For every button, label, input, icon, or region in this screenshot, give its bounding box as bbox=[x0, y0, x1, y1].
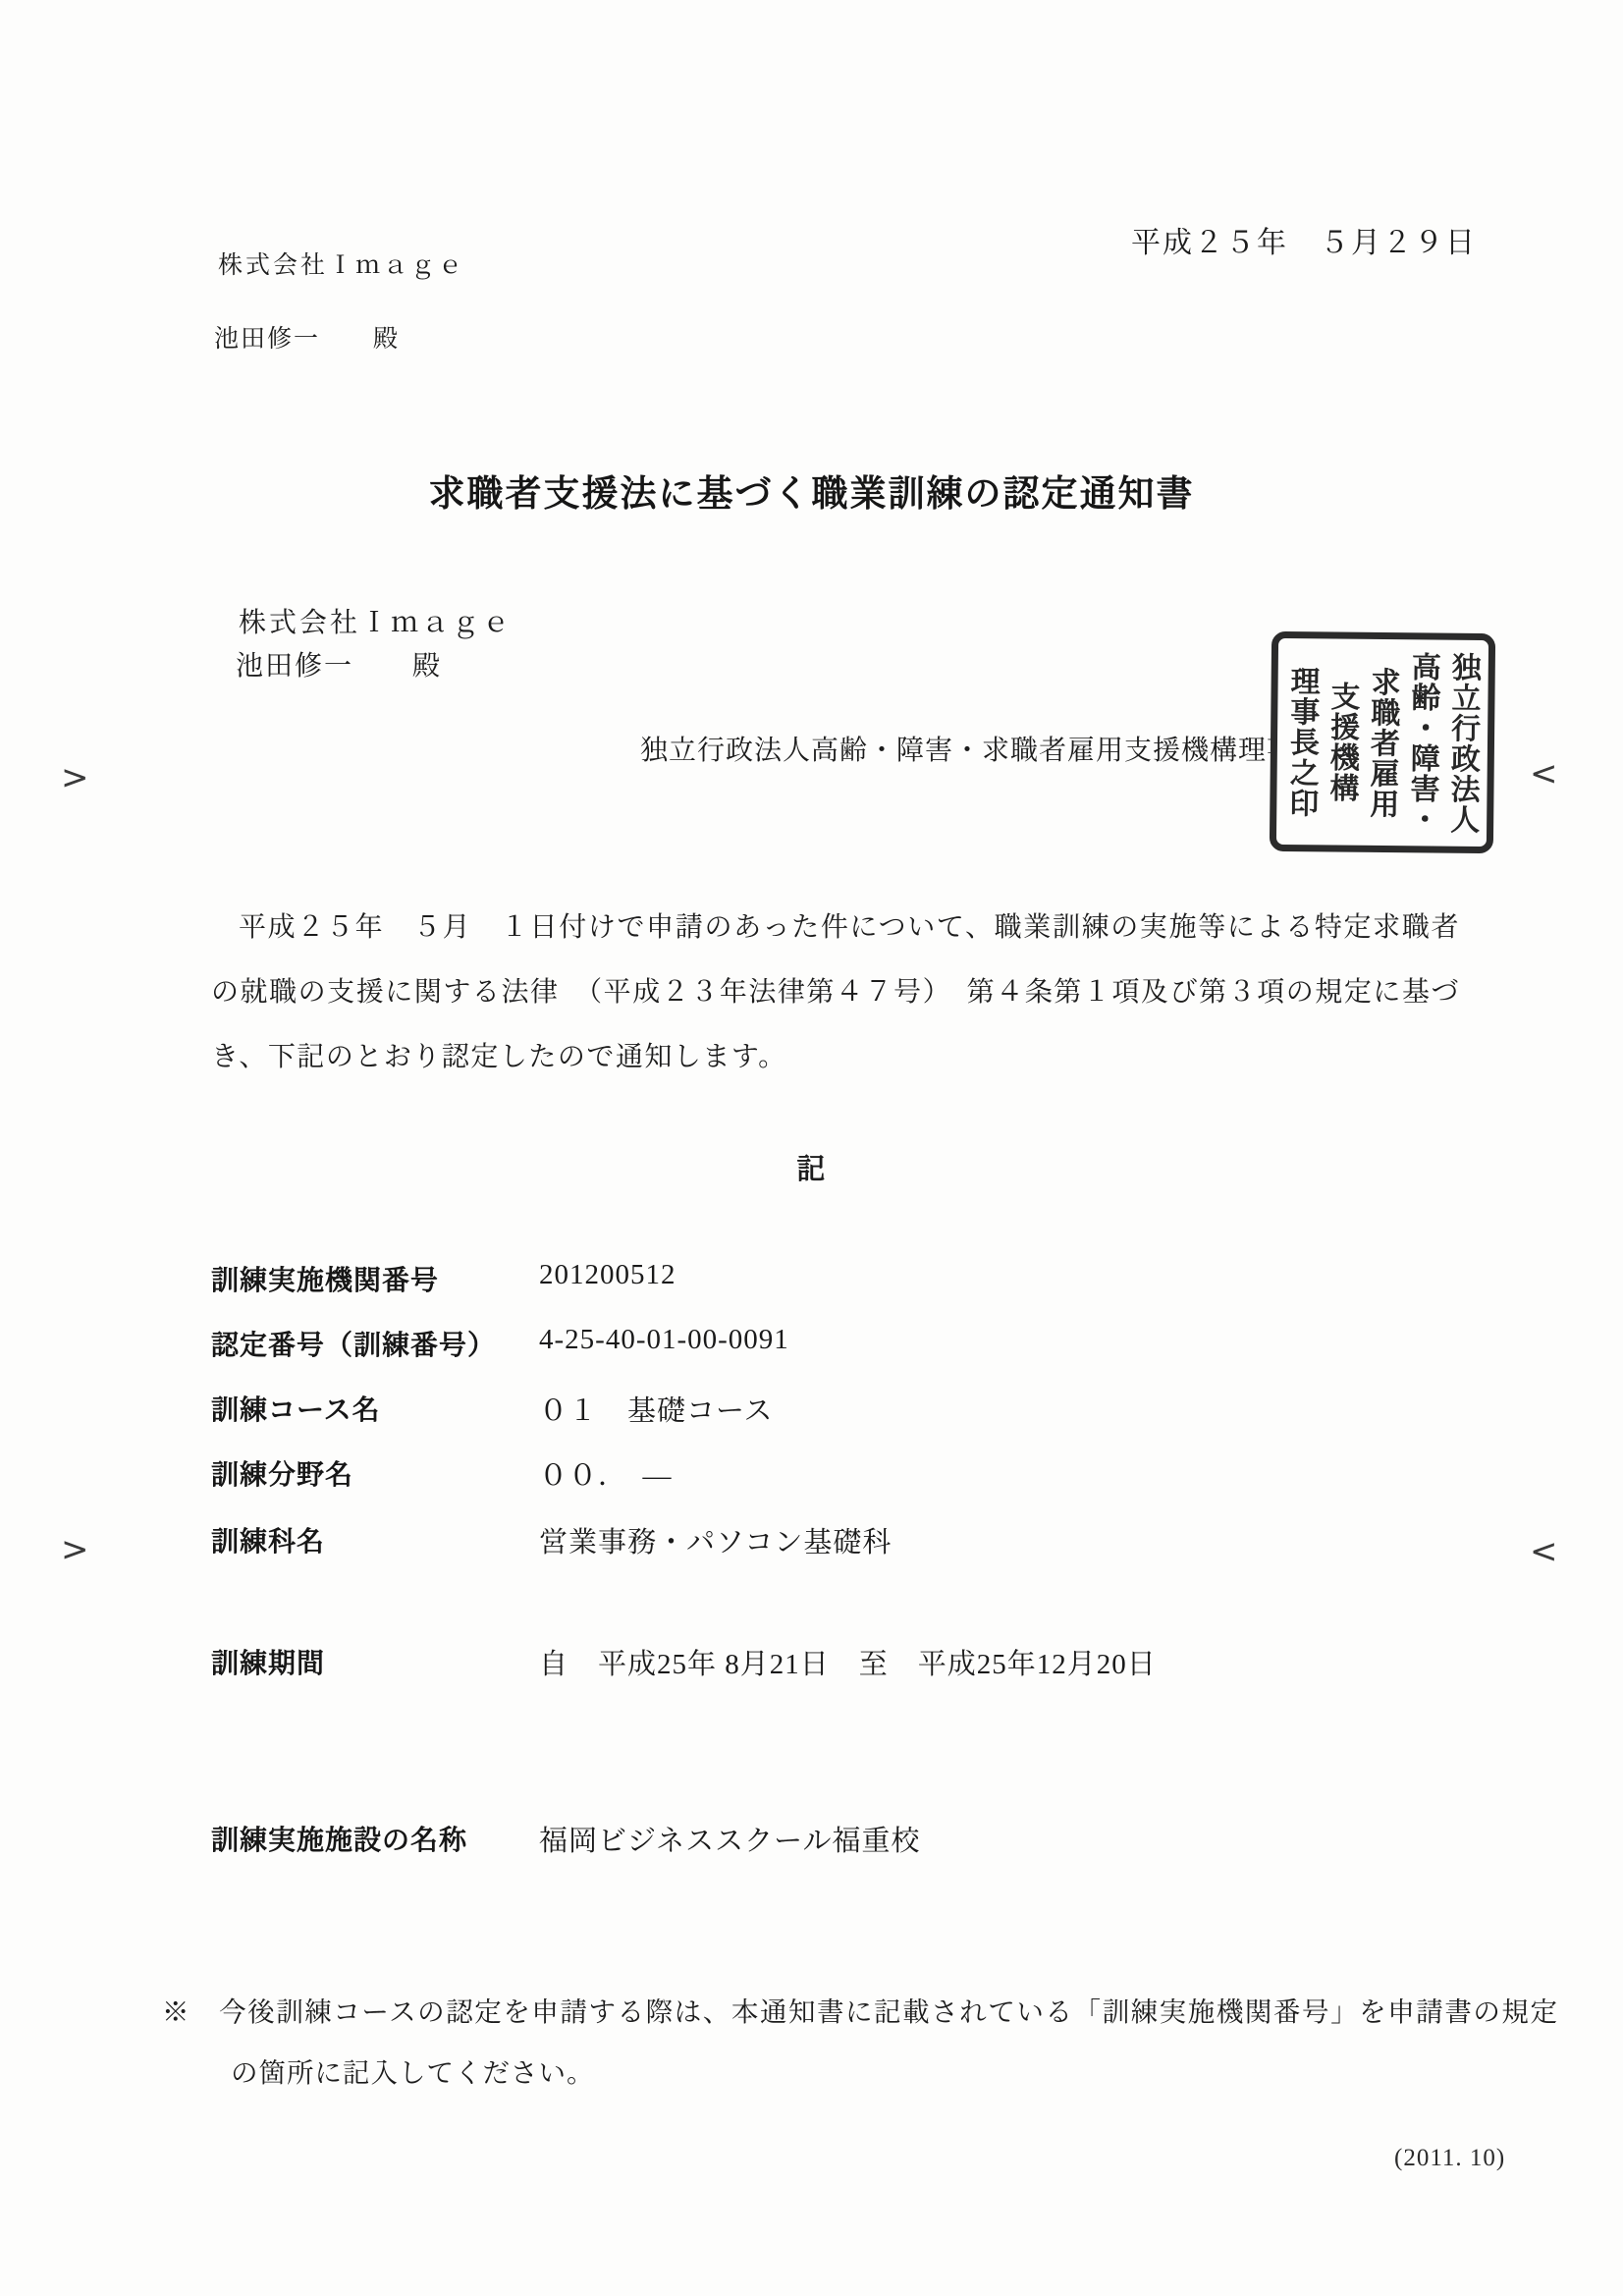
left-registration-mark: > bbox=[61, 1530, 89, 1569]
field-row-training-period: 訓練期間 自 平成25年 8月21日 至 平成25年12月20日 bbox=[211, 1642, 1537, 1682]
field-row-facility-name: 訓練実施施設の名称 福岡ビジネススクール福重校 bbox=[211, 1819, 1537, 1859]
issuer-title: 独立行政法人高齢・障害・求職者雇用支援機構理事長 bbox=[640, 729, 1324, 768]
field-label: 認定番号（訓練番号） bbox=[211, 1324, 535, 1363]
field-row-training-org-number: 訓練実施機関番号 201200512 bbox=[211, 1259, 1537, 1298]
field-value: 営業事務・パソコン基礎科 bbox=[539, 1520, 892, 1560]
right-registration-mark: < bbox=[1530, 754, 1558, 793]
field-row-field-name: 訓練分野名 ００． ― bbox=[211, 1453, 1537, 1494]
field-value: 201200512 bbox=[539, 1259, 676, 1291]
body-paragraph: 平成２５年 ５月 １日付けで申請のあった件について、職業訓練の実施等による特定求… bbox=[211, 896, 1460, 1090]
field-row-course-name: 訓練コース名 ０１ 基礎コース bbox=[211, 1389, 1537, 1429]
field-value: 4-25-40-01-00-0091 bbox=[539, 1324, 789, 1356]
field-row-subject-name: 訓練科名 営業事務・パソコン基礎科 bbox=[211, 1520, 1537, 1560]
field-label: 訓練分野名 bbox=[211, 1453, 535, 1493]
field-label: 訓練期間 bbox=[211, 1642, 535, 1681]
footnote: ※ 今後訓練コースの認定を申請する際は、本通知書に記載されている「訓練実施機関番… bbox=[162, 1982, 1558, 2104]
field-row-certification-number: 認定番号（訓練番号） 4-25-40-01-00-0091 bbox=[211, 1324, 1537, 1363]
seal-column: 高齢・障害・ bbox=[1401, 645, 1443, 840]
seal-column: 独立行政法人 bbox=[1441, 646, 1484, 841]
scanned-certification-letter: 平成２５年 ５月２９日 株式会社Ｉｍａｇｅ 池田修一 殿 求職者支援法に基づく職… bbox=[0, 0, 1623, 2296]
field-value: ００． ― bbox=[539, 1453, 673, 1494]
seal-column: 理事長之印 bbox=[1280, 644, 1323, 839]
left-registration-mark: > bbox=[61, 758, 89, 797]
issue-date: 平成２５年 ５月２９日 bbox=[1131, 218, 1477, 261]
seal-column: 求職者雇用 bbox=[1361, 645, 1403, 840]
field-value: ０１ 基礎コース bbox=[539, 1389, 774, 1429]
field-value: 自 平成25年 8月21日 至 平成25年12月20日 bbox=[539, 1642, 1157, 1682]
right-registration-mark: < bbox=[1530, 1532, 1558, 1571]
field-label: 訓練実施施設の名称 bbox=[211, 1819, 535, 1858]
document-title: 求職者支援法に基づく職業訓練の認定通知書 bbox=[0, 464, 1623, 517]
recipient-company-name: 株式会社Ｉｍａｇｅ bbox=[239, 601, 513, 640]
field-label: 訓練科名 bbox=[211, 1520, 535, 1559]
header-company-name: 株式会社Ｉｍａｇｅ bbox=[218, 246, 465, 281]
field-label: 訓練実施機関番号 bbox=[211, 1259, 535, 1298]
record-marker: 記 bbox=[0, 1147, 1623, 1187]
field-value: 福岡ビジネススクール福重校 bbox=[539, 1819, 921, 1859]
field-label: 訓練コース名 bbox=[211, 1389, 535, 1428]
form-revision-code: (2011. 10) bbox=[1394, 2145, 1505, 2172]
seal-column: 支援機構 bbox=[1321, 644, 1363, 839]
recipient-person-name: 池田修一 殿 bbox=[236, 644, 442, 683]
official-seal-stamp: 独立行政法人 高齢・障害・ 求職者雇用 支援機構 理事長之印 bbox=[1270, 631, 1495, 853]
header-addressee-name: 池田修一 殿 bbox=[214, 319, 400, 355]
